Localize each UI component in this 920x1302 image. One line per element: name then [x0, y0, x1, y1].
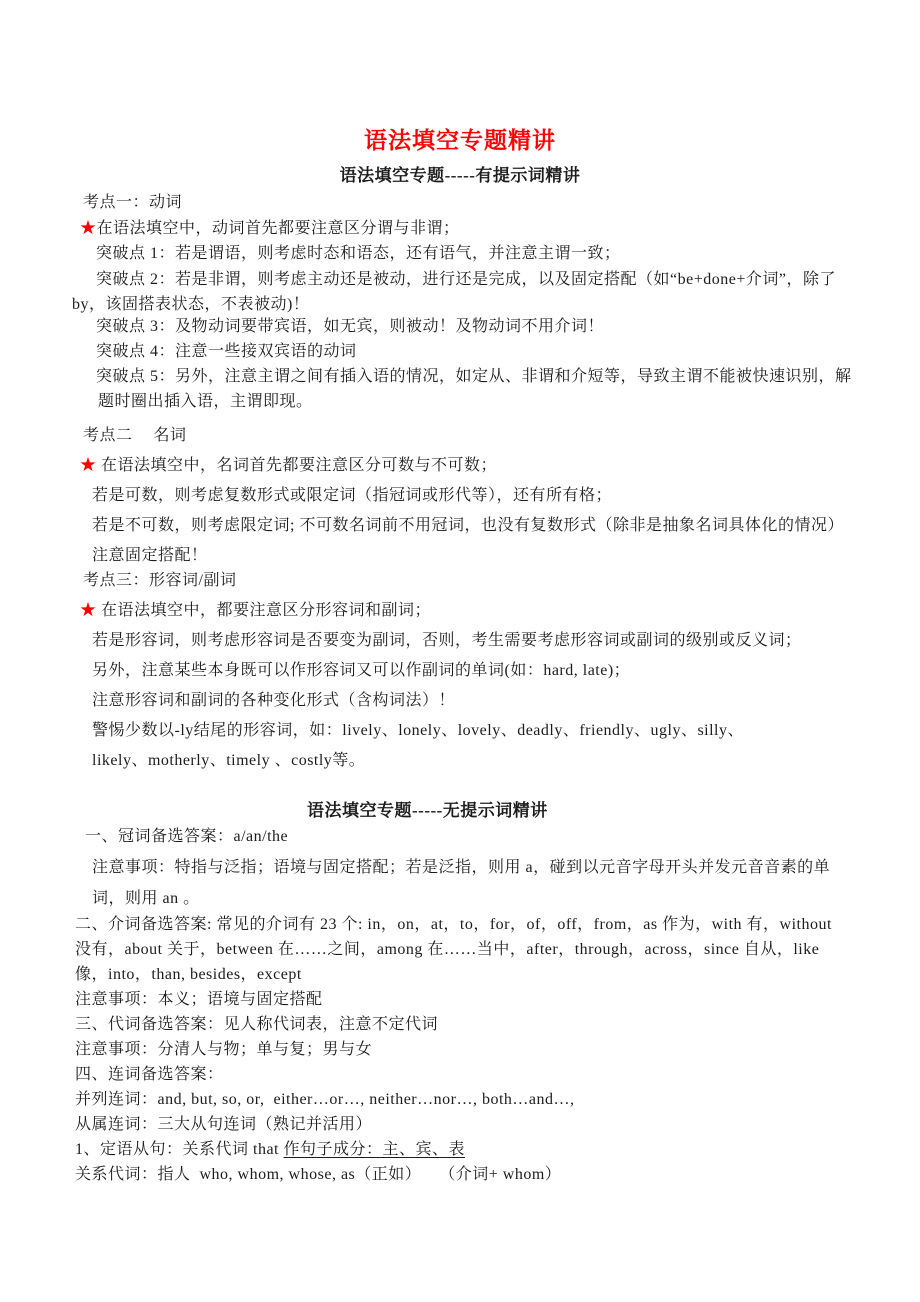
text-run: 考点三：形容词/副词	[83, 572, 236, 589]
text-line: 注意形容词和副词的各种变化形式（含构词法）！	[92, 691, 455, 711]
text-run: 突破点 3：及物动词要带宾语，如无宾，则被动！及物动词不用介词！	[96, 318, 604, 335]
text-line: 注意固定搭配！	[92, 546, 208, 566]
text-run: 词，则用 an 。	[92, 890, 200, 907]
text-line: 注意事项：特指与泛指；语境与固定搭配；若是泛指，则用 a，碰到以元音字母开头并发…	[92, 858, 830, 878]
text-run: 注意事项：分清人与物；单与复；男与女	[75, 1041, 372, 1058]
text-run: 在语法填空中，名词首先都要注意区分可数与不可数；	[97, 457, 498, 474]
text-line: 注意事项：本义；语境与固定搭配	[75, 990, 323, 1010]
heading-kaodian-1: 考点一：动词	[83, 193, 182, 213]
text-run: 像，into，than, besides，except	[75, 966, 302, 983]
text-run: 1、定语从句：关系代词 that	[75, 1141, 284, 1158]
text-line: 从属连词：三大从句连词（熟记并活用）	[75, 1115, 372, 1135]
item-preposition: 二、介词备选答案: 常见的介词有 23 个: in，on，at，to，for，o…	[75, 915, 832, 935]
text-line: 若是形容词，则考虑形容词是否要变为副词，否则，考生需要考虑形容词或副词的级别或反…	[92, 631, 802, 651]
text-run: 若是形容词，则考虑形容词是否要变为副词，否则，考生需要考虑形容词或副词的级别或反…	[92, 632, 802, 649]
item-pronoun: 三、代词备选答案：见人称代词表，注意不定代词	[75, 1015, 438, 1035]
text-line: 突破点 5：另外，注意主谓之间有插入语的情况，如定从、非谓和介短等，导致主谓不能…	[96, 367, 852, 387]
document-page: 语法填空专题精讲 语法填空专题-----有提示词精讲 语法填空专题-----无提…	[0, 0, 920, 1302]
text-run: 考点二 名词	[83, 427, 187, 444]
star-note-noun: ★ 在语法填空中，名词首先都要注意区分可数与不可数；	[80, 456, 497, 476]
text-run: 题时圈出插入语，主谓即现。	[98, 393, 313, 410]
text-run: 从属连词：三大从句连词（熟记并活用）	[75, 1116, 372, 1133]
text-line: 词，则用 an 。	[92, 889, 200, 909]
text-run: 关系代词：指人 who, whom, whose, as（正如） （介词+ wh…	[75, 1166, 561, 1183]
text-line: 并列连词：and, but, so, or, either…or…, neith…	[75, 1090, 575, 1110]
item-attributive-clause: 1、定语从句：关系代词 that 作句子成分：主、宾、表	[75, 1140, 465, 1160]
text-run: 若是不可数，则考虑限定词; 不可数名词前不用冠词，也没有复数形式（除非是抽象名词…	[92, 517, 844, 534]
text-run: 突破点 2：若是非谓，则考虑主动还是被动，进行还是完成，以及固定搭配（如“be+…	[96, 271, 836, 288]
text-line: 突破点 3：及物动词要带宾语，如无宾，则被动！及物动词不用介词！	[96, 317, 604, 337]
text-run: 三、代词备选答案：见人称代词表，注意不定代词	[75, 1016, 438, 1033]
text-line: 关系代词：指人 who, whom, whose, as（正如） （介词+ wh…	[75, 1165, 561, 1185]
text-line: by，该固搭表状态，不表被动)！	[72, 295, 309, 315]
item-article: 一、冠词备选答案：a/an/the	[85, 827, 288, 847]
text-run: 四、连词备选答案：	[75, 1066, 224, 1083]
heading-kaodian-2: 考点二 名词	[83, 426, 187, 446]
star-note-adj-adv: ★ 在语法填空中，都要注意区分形容词和副词；	[80, 601, 431, 621]
text-run: 没有，about 关于，between 在……之间，among 在……当中，af…	[75, 941, 819, 958]
section-heading-without-hint: 语法填空专题-----无提示词精讲	[307, 796, 548, 821]
text-line: 注意事项：分清人与物；单与复；男与女	[75, 1040, 372, 1060]
section-heading-with-hint: 语法填空专题-----有提示词精讲	[0, 161, 920, 186]
text-run: likely、motherly、timely 、costly等。	[92, 752, 365, 769]
text-line: 像，into，than, besides，except	[75, 965, 302, 985]
text-run: 考点一：动词	[83, 194, 182, 211]
page-title: 语法填空专题精讲	[0, 122, 920, 155]
text-line: 突破点 4：注意一些接双宾语的动词	[96, 342, 357, 362]
text-run: by，该固搭表状态，不表被动)！	[72, 296, 309, 313]
text-run: 若是可数，则考虑复数形式或限定词（指冠词或形代等），还有所有格；	[92, 487, 612, 504]
text-run: 突破点 4：注意一些接双宾语的动词	[96, 343, 357, 360]
text-run: 突破点 5：另外，注意主谓之间有插入语的情况，如定从、非谓和介短等，导致主谓不能…	[96, 368, 852, 385]
text-line: 突破点 2：若是非谓，则考虑主动还是被动，进行还是完成，以及固定搭配（如“be+…	[96, 270, 836, 290]
heading-kaodian-3: 考点三：形容词/副词	[83, 571, 236, 591]
text-run: 在语法填空中，动词首先都要注意区分谓与非谓；	[97, 220, 460, 237]
text-line: 题时圈出插入语，主谓即现。	[98, 392, 313, 412]
text-run: 并列连词：and, but, so, or, either…or…, neith…	[75, 1091, 575, 1108]
text-run: 注意固定搭配！	[92, 547, 208, 564]
text-line: 警惕少数以-ly结尾的形容词，如：lively、lonely、lovely、de…	[92, 721, 744, 741]
text-line: 若是不可数，则考虑限定词; 不可数名词前不用冠词，也没有复数形式（除非是抽象名词…	[92, 516, 844, 536]
text-line: 没有，about 关于，between 在……之间，among 在……当中，af…	[75, 940, 819, 960]
text-run: 另外，注意某些本身既可以作形容词又可以作副词的单词(如：hard, late)；	[92, 662, 630, 679]
star-note-verb: ★在语法填空中，动词首先都要注意区分谓与非谓；	[80, 219, 460, 239]
text-line: 另外，注意某些本身既可以作形容词又可以作副词的单词(如：hard, late)；	[92, 661, 630, 681]
text-run: 注意事项：本义；语境与固定搭配	[75, 991, 323, 1008]
text-run: 警惕少数以-ly结尾的形容词，如：lively、lonely、lovely、de…	[92, 722, 744, 739]
item-conjunction: 四、连词备选答案：	[75, 1065, 224, 1085]
text-run: 二、介词备选答案: 常见的介词有 23 个: in，on，at，to，for，o…	[75, 916, 832, 933]
star-icon: ★	[80, 220, 97, 237]
underlined-text: 作句子成分：主、宾、表	[284, 1141, 466, 1158]
text-line: 若是可数，则考虑复数形式或限定词（指冠词或形代等），还有所有格；	[92, 486, 612, 506]
text-line: 突破点 1：若是谓语，则考虑时态和语态，还有语气，并注意主谓一致；	[96, 244, 621, 264]
text-line: likely、motherly、timely 、costly等。	[92, 751, 365, 771]
star-icon: ★	[80, 602, 97, 619]
text-run: 注意事项：特指与泛指；语境与固定搭配；若是泛指，则用 a，碰到以元音字母开头并发…	[92, 859, 830, 876]
text-run: 突破点 1：若是谓语，则考虑时态和语态，还有语气，并注意主谓一致；	[96, 245, 621, 262]
text-run: 一、冠词备选答案：a/an/the	[85, 828, 288, 845]
text-run: 注意形容词和副词的各种变化形式（含构词法）！	[92, 692, 455, 709]
text-run: 在语法填空中，都要注意区分形容词和副词；	[97, 602, 432, 619]
star-icon: ★	[80, 457, 97, 474]
